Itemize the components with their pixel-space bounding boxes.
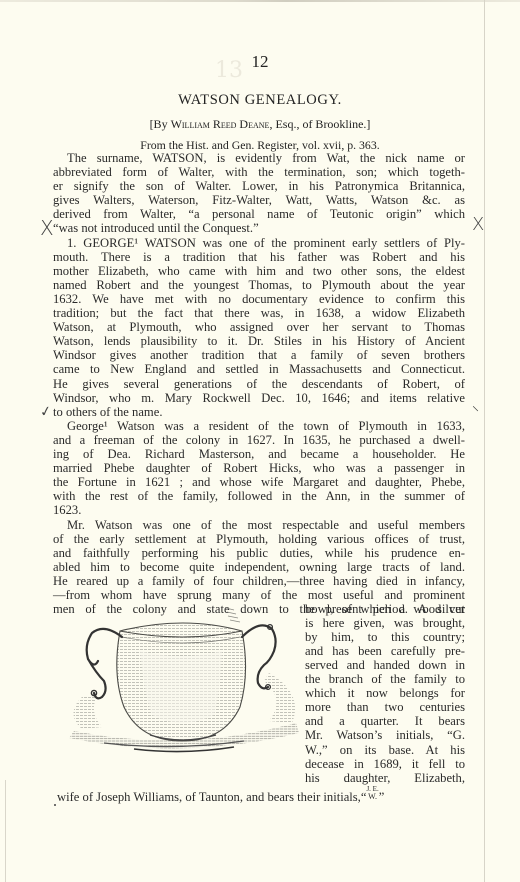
text-line: with the rest of the family, followed in… (53, 489, 465, 503)
page-right-edge (484, 0, 485, 882)
text-line: Windsor gives another tradition that a f… (53, 348, 465, 362)
margin-check-mark: ✓ (39, 403, 53, 421)
text-line: W.,” on its base. At his (305, 743, 465, 757)
text-line: and a quarter. It bears (305, 714, 465, 728)
text-line: The surname, WATSON, is evidently from W… (53, 151, 465, 165)
page-number: 12 (0, 52, 520, 72)
text-line: bowl, of which a wood cut (305, 602, 465, 616)
text-line: George¹ Watson was a resident of the tow… (53, 419, 465, 433)
silver-bowl-woodcut (64, 603, 304, 755)
text-line: which it now belongs for (305, 686, 465, 700)
text-line: wife of Joseph Williams, of Taunton, and… (57, 790, 361, 804)
text-line: ing of Dea. Richard Masterson, and becam… (53, 447, 465, 461)
text-line: and has been carefully pre- (305, 644, 465, 658)
text-line: of the early settlement at Plymouth, hol… (53, 532, 465, 546)
text-line: abbreviated form of Walter, with the ter… (53, 165, 465, 179)
text-line: abled him to become quite independent, o… (53, 560, 465, 574)
margin-x-mark-right: X (472, 214, 484, 235)
text-line: Mr. Watson’s initials, “G. (305, 728, 465, 742)
text-line: er signify the son of Walter. Lower, in … (53, 179, 465, 193)
paragraph-final-line: wife of Joseph Williams, of Taunton, and… (57, 786, 467, 804)
text-line: 1632. We have met with no documentary ev… (53, 292, 465, 306)
paragraph-surname: The surname, WATSON, is evidently from W… (53, 151, 465, 236)
text-line: gives Walters, Waterson, Fitz-Walter, Wa… (53, 193, 465, 207)
text-line: mouth. There is a tradition that his fat… (53, 250, 465, 264)
text-line: by him, to this country; (305, 630, 465, 644)
text-line: decease in 1689, it fell to (305, 757, 465, 771)
close-quote: ” (379, 790, 385, 804)
stacked-initials: J. E.W. (366, 786, 378, 800)
initials-bottom: W. (366, 793, 378, 800)
text-line: “was not introduced until the Conquest.” (53, 221, 465, 235)
article-title: WATSON GENEALOGY. (0, 92, 520, 109)
text-line: Watson, at Plymouth, who assigned over h… (53, 320, 465, 334)
page-left-edge (5, 780, 6, 882)
text-line: is here given, was brought, (305, 616, 465, 630)
text-line: 1. GEORGE¹ WATSON was one of the promine… (53, 236, 465, 250)
paragraph-resident-plymouth: George¹ Watson was a resident of the tow… (53, 419, 465, 518)
text-line: He gives several generations of the desc… (53, 377, 465, 391)
text-line: Windsor, who m. Mary Rockwell Dec. 10, 1… (53, 391, 465, 405)
text-line: —from whom have sprung many of the most … (53, 588, 465, 602)
text-line: more than two centuries (305, 700, 465, 714)
text-line: named Robert and the youngest Thomas, to… (53, 278, 465, 292)
ink-dot (54, 804, 56, 806)
paragraph-bowl-description: bowl, of which a wood cut is here given,… (305, 602, 465, 785)
top-edge-rule (0, 0, 520, 2)
bowl-illustration-icon (64, 603, 304, 755)
text-line: tradition; but the fact that there was, … (53, 306, 465, 320)
text-line: served and handed down in (305, 658, 465, 672)
text-line: his daughter, Elizabeth, (305, 771, 465, 785)
byline-author: William Reed Deane (171, 117, 270, 131)
margin-tick-mark: ⸌ (472, 402, 479, 421)
text-line: 1623. (53, 503, 465, 517)
text-line: mother Elizabeth, who came with him and … (53, 264, 465, 278)
paragraph-george-watson: 1. GEORGE¹ WATSON was one of the promine… (53, 236, 465, 419)
text-line: the Fortune in 1621 ; and whose wife Mar… (53, 475, 465, 489)
text-line: Mr. Watson was one of the most respectab… (53, 518, 465, 532)
text-line: came to New England and settled in Massa… (53, 362, 465, 376)
text-line: and faithfully performing his public dut… (53, 546, 465, 560)
scanned-book-page: 13 12 WATSON GENEALOGY. [By William Reed… (0, 0, 520, 882)
byline-suffix: , Esq., of Brookline.] (269, 117, 370, 131)
text-line: to others of the name. (53, 405, 465, 419)
text-line: Watson, lends plausibility to it. Dr. St… (53, 334, 465, 348)
byline-prefix: [By (150, 117, 171, 131)
text-line: the branch of the family to (305, 672, 465, 686)
margin-x-mark-left: X (40, 216, 54, 240)
text-line: and a freeman of the colony in 1627. In … (53, 433, 465, 447)
byline: [By William Reed Deane, Esq., of Brookli… (0, 117, 520, 132)
text-line: He reared up a family of four children,—… (53, 574, 465, 588)
text-line: derived from Walter, “a personal name of… (53, 207, 465, 221)
text-line: married Phebe daughter of Robert Hicks, … (53, 461, 465, 475)
